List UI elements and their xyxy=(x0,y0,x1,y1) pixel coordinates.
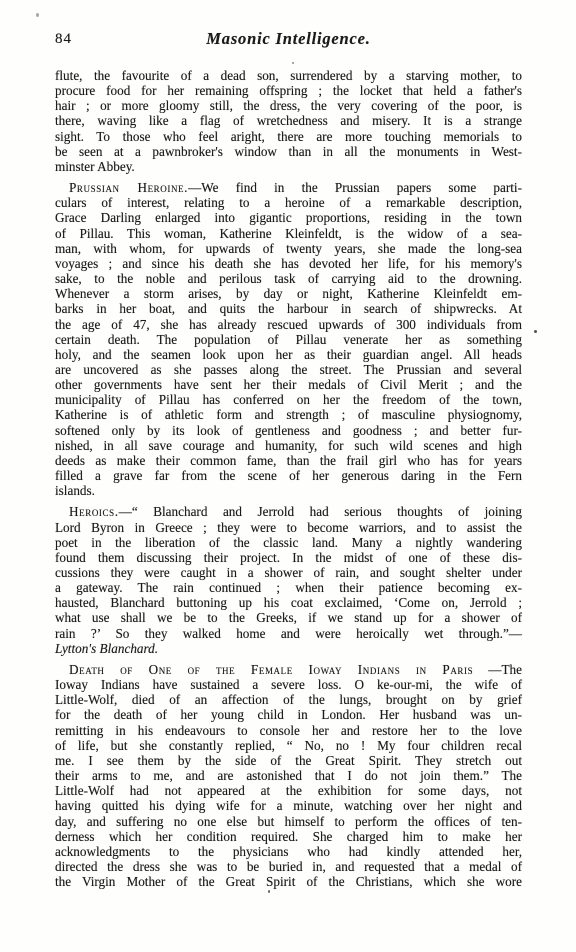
text-line: day, and suffering no one else but himse… xyxy=(55,814,522,829)
text-line: other governments have sent her their me… xyxy=(55,377,522,392)
page-title: Masonic Intelligence. xyxy=(55,29,522,49)
scan-speck xyxy=(268,890,270,893)
text-line: derness which her condition required. Sh… xyxy=(55,829,522,844)
text-line: voyages ; and since his death she has de… xyxy=(55,256,522,271)
text-line: nished, in all save courage and humanity… xyxy=(55,438,522,453)
text-line: deeds as make their common fame, than th… xyxy=(55,453,522,468)
text-line: barks in her boat, and quits the harbour… xyxy=(55,301,522,316)
scan-speck xyxy=(292,62,294,64)
text-line: rain ?’ So they walked home and were her… xyxy=(55,626,522,641)
text-line: islands. xyxy=(55,483,522,498)
text-line: softened only by its look of gentleness … xyxy=(55,423,522,438)
page-number: 84 xyxy=(55,31,72,48)
text-line: remitting in his endeavours to console h… xyxy=(55,723,522,738)
text-line: sake, to the noble and perilous task of … xyxy=(55,271,522,286)
text-line: acknowledgments to the physicians who ha… xyxy=(55,844,522,859)
document-page: 84 Masonic Intelligence. flute, the favo… xyxy=(0,0,576,952)
text-line: having quitted his dying wife for a minu… xyxy=(55,798,522,813)
paragraph: flute, the favourite of a dead son, surr… xyxy=(55,68,522,174)
text-run: —The xyxy=(473,662,522,677)
text-line: Whenever a storm arises, by day or night… xyxy=(55,286,522,301)
text-line: culars of interest, relating to a heroin… xyxy=(55,195,522,210)
article-heading: Death of One of the Female Ioway Indians… xyxy=(69,662,473,677)
text-line: certain death. The population of Pillau … xyxy=(55,332,522,347)
text-line: Katherine is of athletic form and streng… xyxy=(55,407,522,422)
scan-speck xyxy=(534,330,537,333)
paragraph: Prussian Heroine.—We find in the Prussia… xyxy=(55,180,522,498)
text-line: hair ; or more gloomy still, the dress, … xyxy=(55,98,522,113)
text-line: Grace Darling enlarged into gigantic pro… xyxy=(55,210,522,225)
text-line: Prussian Heroine.—We find in the Prussia… xyxy=(55,180,522,195)
text-line: Little-Wolf had not appeared at the exhi… xyxy=(55,783,522,798)
text-line: sight. To those who feel aright, there a… xyxy=(55,129,522,144)
running-head: 84 Masonic Intelligence. xyxy=(55,29,522,49)
paragraph: Heroics.—“ Blanchard and Jerrold had ser… xyxy=(55,504,522,656)
text-line: found them discussing their project. In … xyxy=(55,550,522,565)
text-line: cussions they were caught in a shower of… xyxy=(55,565,522,580)
text-line: holy, and the seamen look upon her as th… xyxy=(55,347,522,362)
text-line: there, waving like a flag of wretchednes… xyxy=(55,113,522,128)
text-run: —We find in the Prussian papers some par… xyxy=(188,180,522,195)
text-line: procure food for her remaining offspring… xyxy=(55,83,522,98)
text-line: what use shall we be to the Greeks, if w… xyxy=(55,610,522,625)
paragraph: Death of One of the Female Ioway Indians… xyxy=(55,662,522,889)
text-run: —“ Blanchard and Jerrold had serious tho… xyxy=(119,504,522,519)
text-line: for the death of her young child in Lond… xyxy=(55,707,522,722)
text-line: municipality of Pillau has conferred on … xyxy=(55,392,522,407)
text-line: are uncovered as she passes along the st… xyxy=(55,362,522,377)
text-line: their arms to me, and are astonished tha… xyxy=(55,768,522,783)
text-line: the age of 47, she has already rescued u… xyxy=(55,317,522,332)
text-line: me. I see them by the side of the Great … xyxy=(55,753,522,768)
text-line: a gateway. The rain continued ; when the… xyxy=(55,580,522,595)
text-line: of Pillau. This woman, Katherine Kleinfe… xyxy=(55,226,522,241)
text-line: Lytton's Blanchard. xyxy=(55,641,522,656)
text-line: be seen at a pawnbroker's window than in… xyxy=(55,144,522,159)
scan-speck xyxy=(36,13,39,17)
text-line: Death of One of the Female Ioway Indians… xyxy=(55,662,522,677)
text-line: Ioway Indians have sustained a severe lo… xyxy=(55,677,522,692)
text-line: the Virgin Mother of the Great Spirit of… xyxy=(55,874,522,889)
text-line: directed the dress she was to be buried … xyxy=(55,859,522,874)
article-heading: Heroics. xyxy=(69,504,119,519)
text-line: filled a grave far from the scene of her… xyxy=(55,468,522,483)
text-line: minster Abbey. xyxy=(55,159,522,174)
text-line: poet in the liberation of the classic la… xyxy=(55,535,522,550)
text-line: man, with whom, for upwards of twenty ye… xyxy=(55,241,522,256)
text-line: flute, the favourite of a dead son, surr… xyxy=(55,68,522,83)
text-line: Lord Byron in Greece ; they were to beco… xyxy=(55,520,522,535)
text-line: of life, but she constantly replied, “ N… xyxy=(55,738,522,753)
text-line: hausted, Blanchard buttoning up his coat… xyxy=(55,595,522,610)
text-line: Little-Wolf, died of an affection of the… xyxy=(55,692,522,707)
article-heading: Prussian Heroine. xyxy=(69,180,188,195)
page-body: flute, the favourite of a dead son, surr… xyxy=(55,68,522,889)
text-line: Heroics.—“ Blanchard and Jerrold had ser… xyxy=(55,504,522,519)
